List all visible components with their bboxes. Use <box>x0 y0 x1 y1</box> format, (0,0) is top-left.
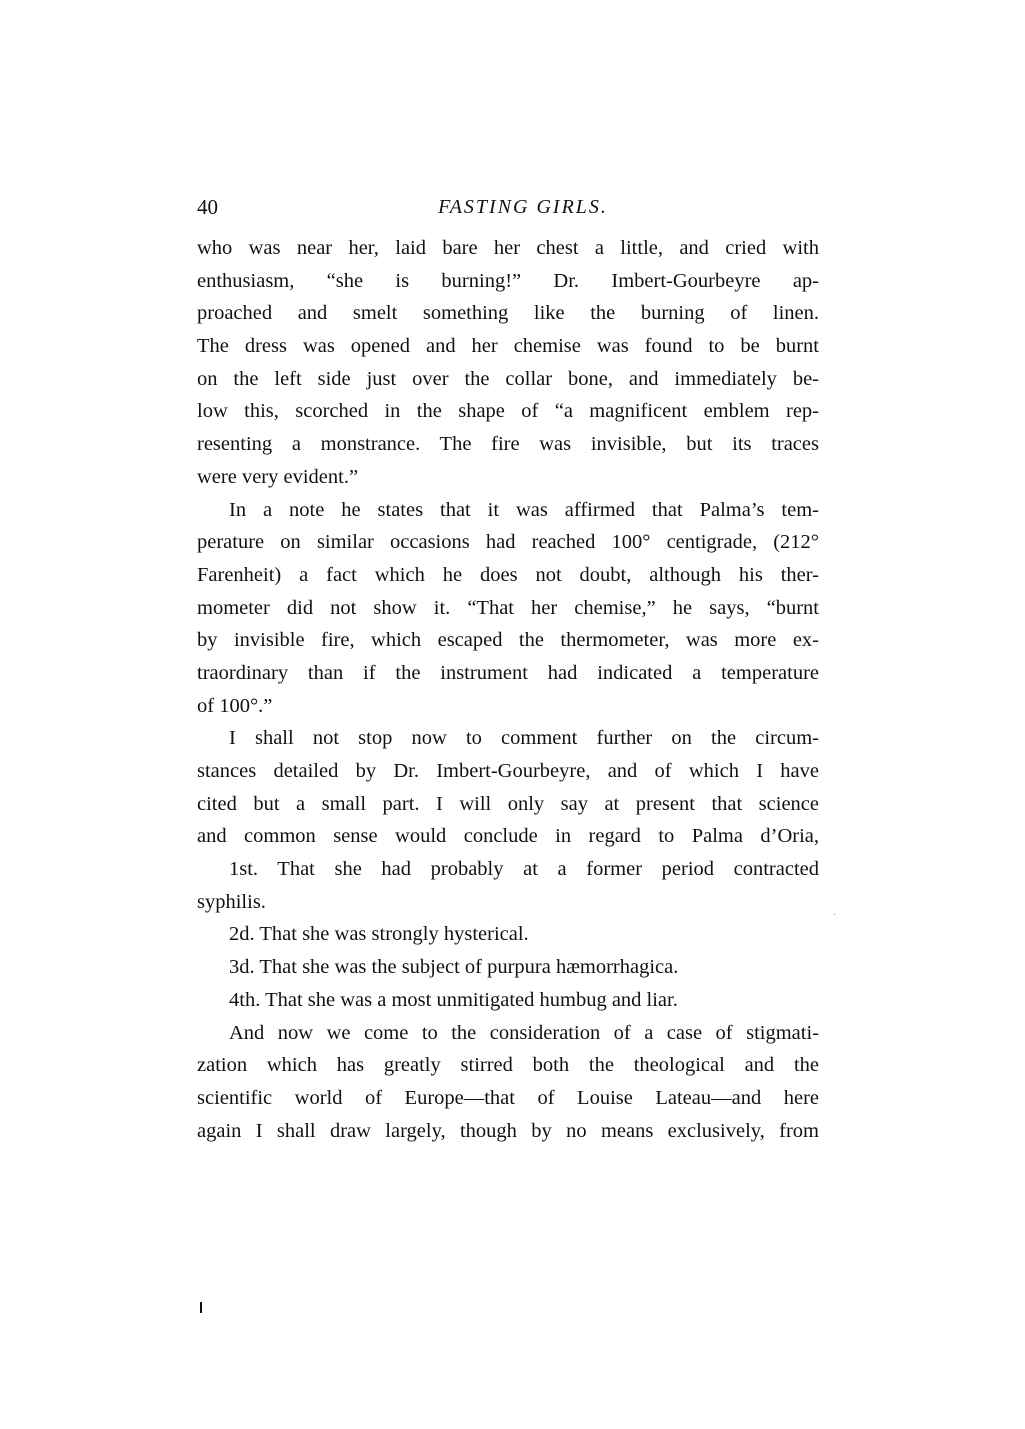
text-line: Farenheit) a fact which he does not doub… <box>197 559 819 592</box>
text-line: zation which has greatly stirred both th… <box>197 1049 819 1082</box>
text-line: were very evident.” <box>197 461 819 494</box>
text-line: 4th. That she was a most unmitigated hum… <box>197 984 819 1017</box>
running-title: FASTING GIRLS. <box>197 194 819 220</box>
list-item: 2d. That she was strongly hysterical. <box>197 918 819 951</box>
signature-mark <box>200 1302 202 1313</box>
text-line: 3d. That she was the subject of purpura … <box>197 951 819 984</box>
text-line: again I shall draw largely, though by no… <box>197 1115 819 1148</box>
paragraph: who was near her, laid bare her chest a … <box>197 232 819 494</box>
text-line: proached and smelt something like the bu… <box>197 297 819 330</box>
text-line: resenting a monstrance. The fire was inv… <box>197 428 819 461</box>
paragraph: In a note he states that it was affirmed… <box>197 494 819 723</box>
text-line: perature on similar occasions had reache… <box>197 526 819 559</box>
text-line: I shall not stop now to comment further … <box>197 722 819 755</box>
paragraph: And now we come to the consideration of … <box>197 1017 819 1148</box>
list-item: 1st. That she had probably at a former p… <box>197 853 819 918</box>
text-line: The dress was opened and her chemise was… <box>197 330 819 363</box>
text-line: enthusiasm, “she is burning!” Dr. Imbert… <box>197 265 819 298</box>
text-line: by invisible fire, which escaped the the… <box>197 624 819 657</box>
book-page: 40 FASTING GIRLS. who was near her, laid… <box>0 0 1025 1429</box>
text-line: low this, scorched in the shape of “a ma… <box>197 395 819 428</box>
text-line: on the left side just over the collar bo… <box>197 363 819 396</box>
text-line: 1st. That she had probably at a former p… <box>197 853 819 886</box>
text-line: scientific world of Europe—that of Louis… <box>197 1082 819 1115</box>
text-line: And now we come to the consideration of … <box>197 1017 819 1050</box>
text-line: In a note he states that it was affirmed… <box>197 494 819 527</box>
scan-speck <box>834 914 835 915</box>
page-header: 40 FASTING GIRLS. <box>197 194 819 224</box>
paragraph: I shall not stop now to comment further … <box>197 722 819 853</box>
body-text: who was near her, laid bare her chest a … <box>197 232 819 1147</box>
text-line: 2d. That she was strongly hysterical. <box>197 918 819 951</box>
text-line: cited but a small part. I will only say … <box>197 788 819 821</box>
text-line: and common sense would conclude in regar… <box>197 820 819 853</box>
list-item: 4th. That she was a most unmitigated hum… <box>197 984 819 1017</box>
text-line: mometer did not show it. “That her chemi… <box>197 592 819 625</box>
text-line: syphilis. <box>197 886 819 919</box>
text-line: stances detailed by Dr. Imbert-Gourbeyre… <box>197 755 819 788</box>
list-item: 3d. That she was the subject of purpura … <box>197 951 819 984</box>
text-line: traordinary than if the instrument had i… <box>197 657 819 690</box>
text-line: of 100°.” <box>197 690 819 723</box>
text-line: who was near her, laid bare her chest a … <box>197 232 819 265</box>
